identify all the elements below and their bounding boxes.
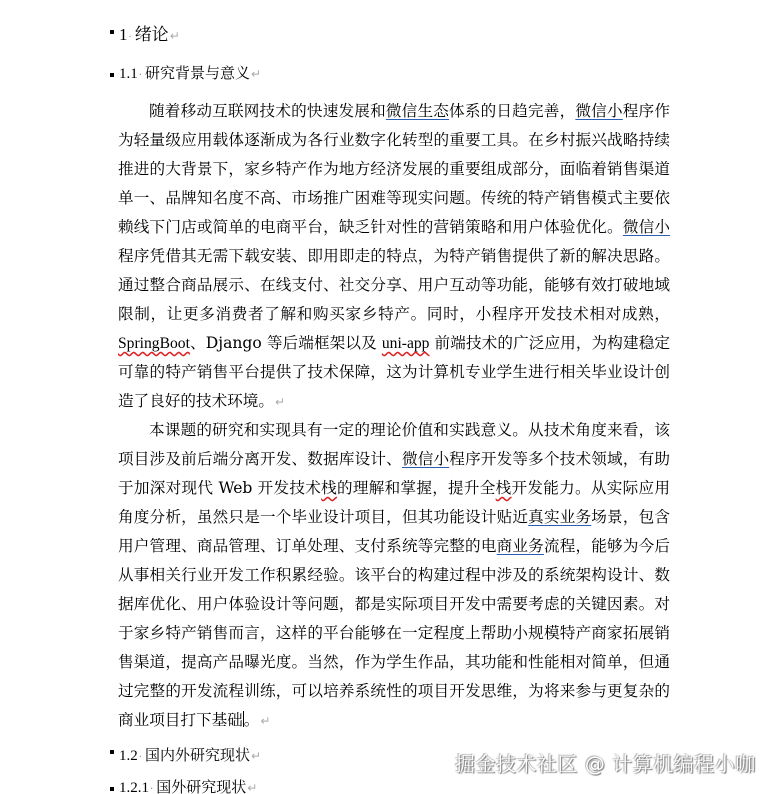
text-line: 用户管理、商品管理、订单处理、支付系统等完整的电商业务流程，能够为今后 (118, 532, 670, 561)
watermark: 掘金技术社区 @ 计算机编程小咖 (455, 748, 756, 777)
space-mark: · (129, 32, 132, 43)
text-line: 为轻量级应用载体逐渐成为各行业数字化转型的重要工具。在乡村振兴战略持续 (118, 126, 670, 155)
list-bullet-icon (110, 750, 114, 754)
heading-number: 1.2 (119, 748, 138, 765)
text-line: 于家乡特产销售而言，这样的平台能够在一定程度上帮助小规模特产商家拓展销 (118, 619, 670, 648)
heading-title: 研究背景与意义 (145, 62, 250, 83)
text-line: 可靠的特产销售平台提供了技术保障，这为计算机专业学生进行相关毕业设计创 (118, 358, 670, 387)
heading-1-2[interactable]: 1.2 · 国内外研究现状 ↵ (110, 744, 261, 765)
text-line: SpringBoot、Django 等后端框架以及 uni-app 前端技术的广… (118, 329, 670, 358)
grammar-underline: 商业务 (497, 537, 544, 555)
list-bullet-icon (110, 73, 114, 77)
list-bullet-icon (110, 30, 114, 34)
text-line: 单一、品牌知名度不高、市场推广困难等现实问题。传统的特产销售模式主要依 (118, 184, 670, 213)
paragraph-mark-icon: ↵ (247, 781, 257, 794)
heading-number: 1.2.1 (119, 780, 149, 794)
spelling-underline: SpringBoot (118, 335, 190, 352)
grammar-underline: 微信小 (402, 450, 449, 468)
text-line: 赖线下门店或简单的电商平台，缺乏针对性的营销策略和用户体验优化。微信小 (118, 213, 670, 242)
text-line: 限制，让更多消费者了解和购买家乡特产。同时，小程序开发技术相对成熟， (118, 300, 670, 329)
grammar-underline: 微信小 (623, 218, 670, 236)
paragraph-background[interactable]: 随着移动互联网技术的快速发展和微信生态体系的日趋完善，微信小程序作 为轻量级应用… (118, 97, 670, 416)
heading-title: 国内外研究现状 (145, 744, 250, 765)
paragraph-significance[interactable]: 本课题的研究和实现具有一定的理论价值和实践意义。从技术角度来看，该 项目涉及前后… (118, 416, 670, 735)
text-line: 项目涉及前后端分离开发、数据库设计、微信小程序开发等多个技术领域，有助 (118, 445, 670, 474)
paragraph-mark-icon: ↵ (275, 395, 285, 409)
heading-1-2-1[interactable]: 1.2.1 · 国外研究现状 ↵ (110, 776, 257, 794)
grammar-underline: 真实业务 (528, 508, 591, 526)
grammar-underline: 微信生态 (386, 102, 449, 120)
spelling-underline: 栈 (496, 479, 512, 497)
heading-title: 绪论 (135, 20, 169, 45)
space-mark: · (139, 70, 142, 81)
text-line: 过完整的开发流程训练，可以培养系统性的项目开发思维，为将来参与更复杂的 (118, 677, 670, 706)
text-line: 造了良好的技术环境。↵ (118, 387, 670, 416)
heading-number: 1.1 (119, 66, 138, 83)
text-line: 推进的大背景下，家乡特产作为地方经济发展的重要组成部分，面临着销售渠道 (118, 155, 670, 184)
text-line: 商业项目打下基础。↵ (118, 706, 670, 735)
paragraph-mark-icon: ↵ (251, 67, 261, 81)
text-line: 角度分析，虽然只是一个毕业设计项目，但其功能设计贴近真实业务场景，包含 (118, 503, 670, 532)
grammar-underline: 微信小 (575, 102, 622, 120)
paragraph-mark-icon: ↵ (260, 714, 270, 728)
space-mark: · (139, 752, 142, 763)
text-line: 本课题的研究和实现具有一定的理论价值和实践意义。从技术角度来看，该 (118, 416, 670, 445)
text-line: 据库优化、用户体验设计等问题，都是实际项目开发中需要考虑的关键因素。对 (118, 590, 670, 619)
text-line: 随着移动互联网技术的快速发展和微信生态体系的日趋完善，微信小程序作 (118, 97, 670, 126)
paragraph-mark-icon: ↵ (170, 29, 180, 43)
space-mark: · (150, 784, 153, 794)
heading-title: 国外研究现状 (156, 776, 246, 794)
list-bullet-icon (110, 787, 114, 791)
heading-1[interactable]: 1 · 绪论 ↵ (110, 20, 180, 45)
text-line: 于加深对现代 Web 开发技术栈的理解和掌握，提升全栈开发能力。从实际应用 (118, 474, 670, 503)
paragraph-mark-icon: ↵ (251, 749, 261, 763)
text-line: 从事相关行业开发工作积累经验。该平台的构建过程中涉及的系统架构设计、数 (118, 561, 670, 590)
text-line: 程序凭借其无需下载安装、即用即走的特点，为特产销售提供了新的解决思路。 (118, 242, 670, 271)
heading-1-1[interactable]: 1.1 · 研究背景与意义 ↵ (110, 62, 261, 83)
spelling-underline: 栈 (321, 479, 337, 497)
heading-number: 1 (119, 25, 128, 45)
document-page: 1 · 绪论 ↵ 1.1 · 研究背景与意义 ↵ 随着移动互联网技术的快速发展和… (0, 0, 780, 794)
spelling-underline: uni-app (382, 335, 430, 352)
text-line: 售渠道，提高产品曝光度。当然，作为学生作品，其功能和性能相对简单，但通 (118, 648, 670, 677)
text-line: 通过整合商品展示、在线支付、社交分享、用户互动等功能，能够有效打破地域 (118, 271, 670, 300)
